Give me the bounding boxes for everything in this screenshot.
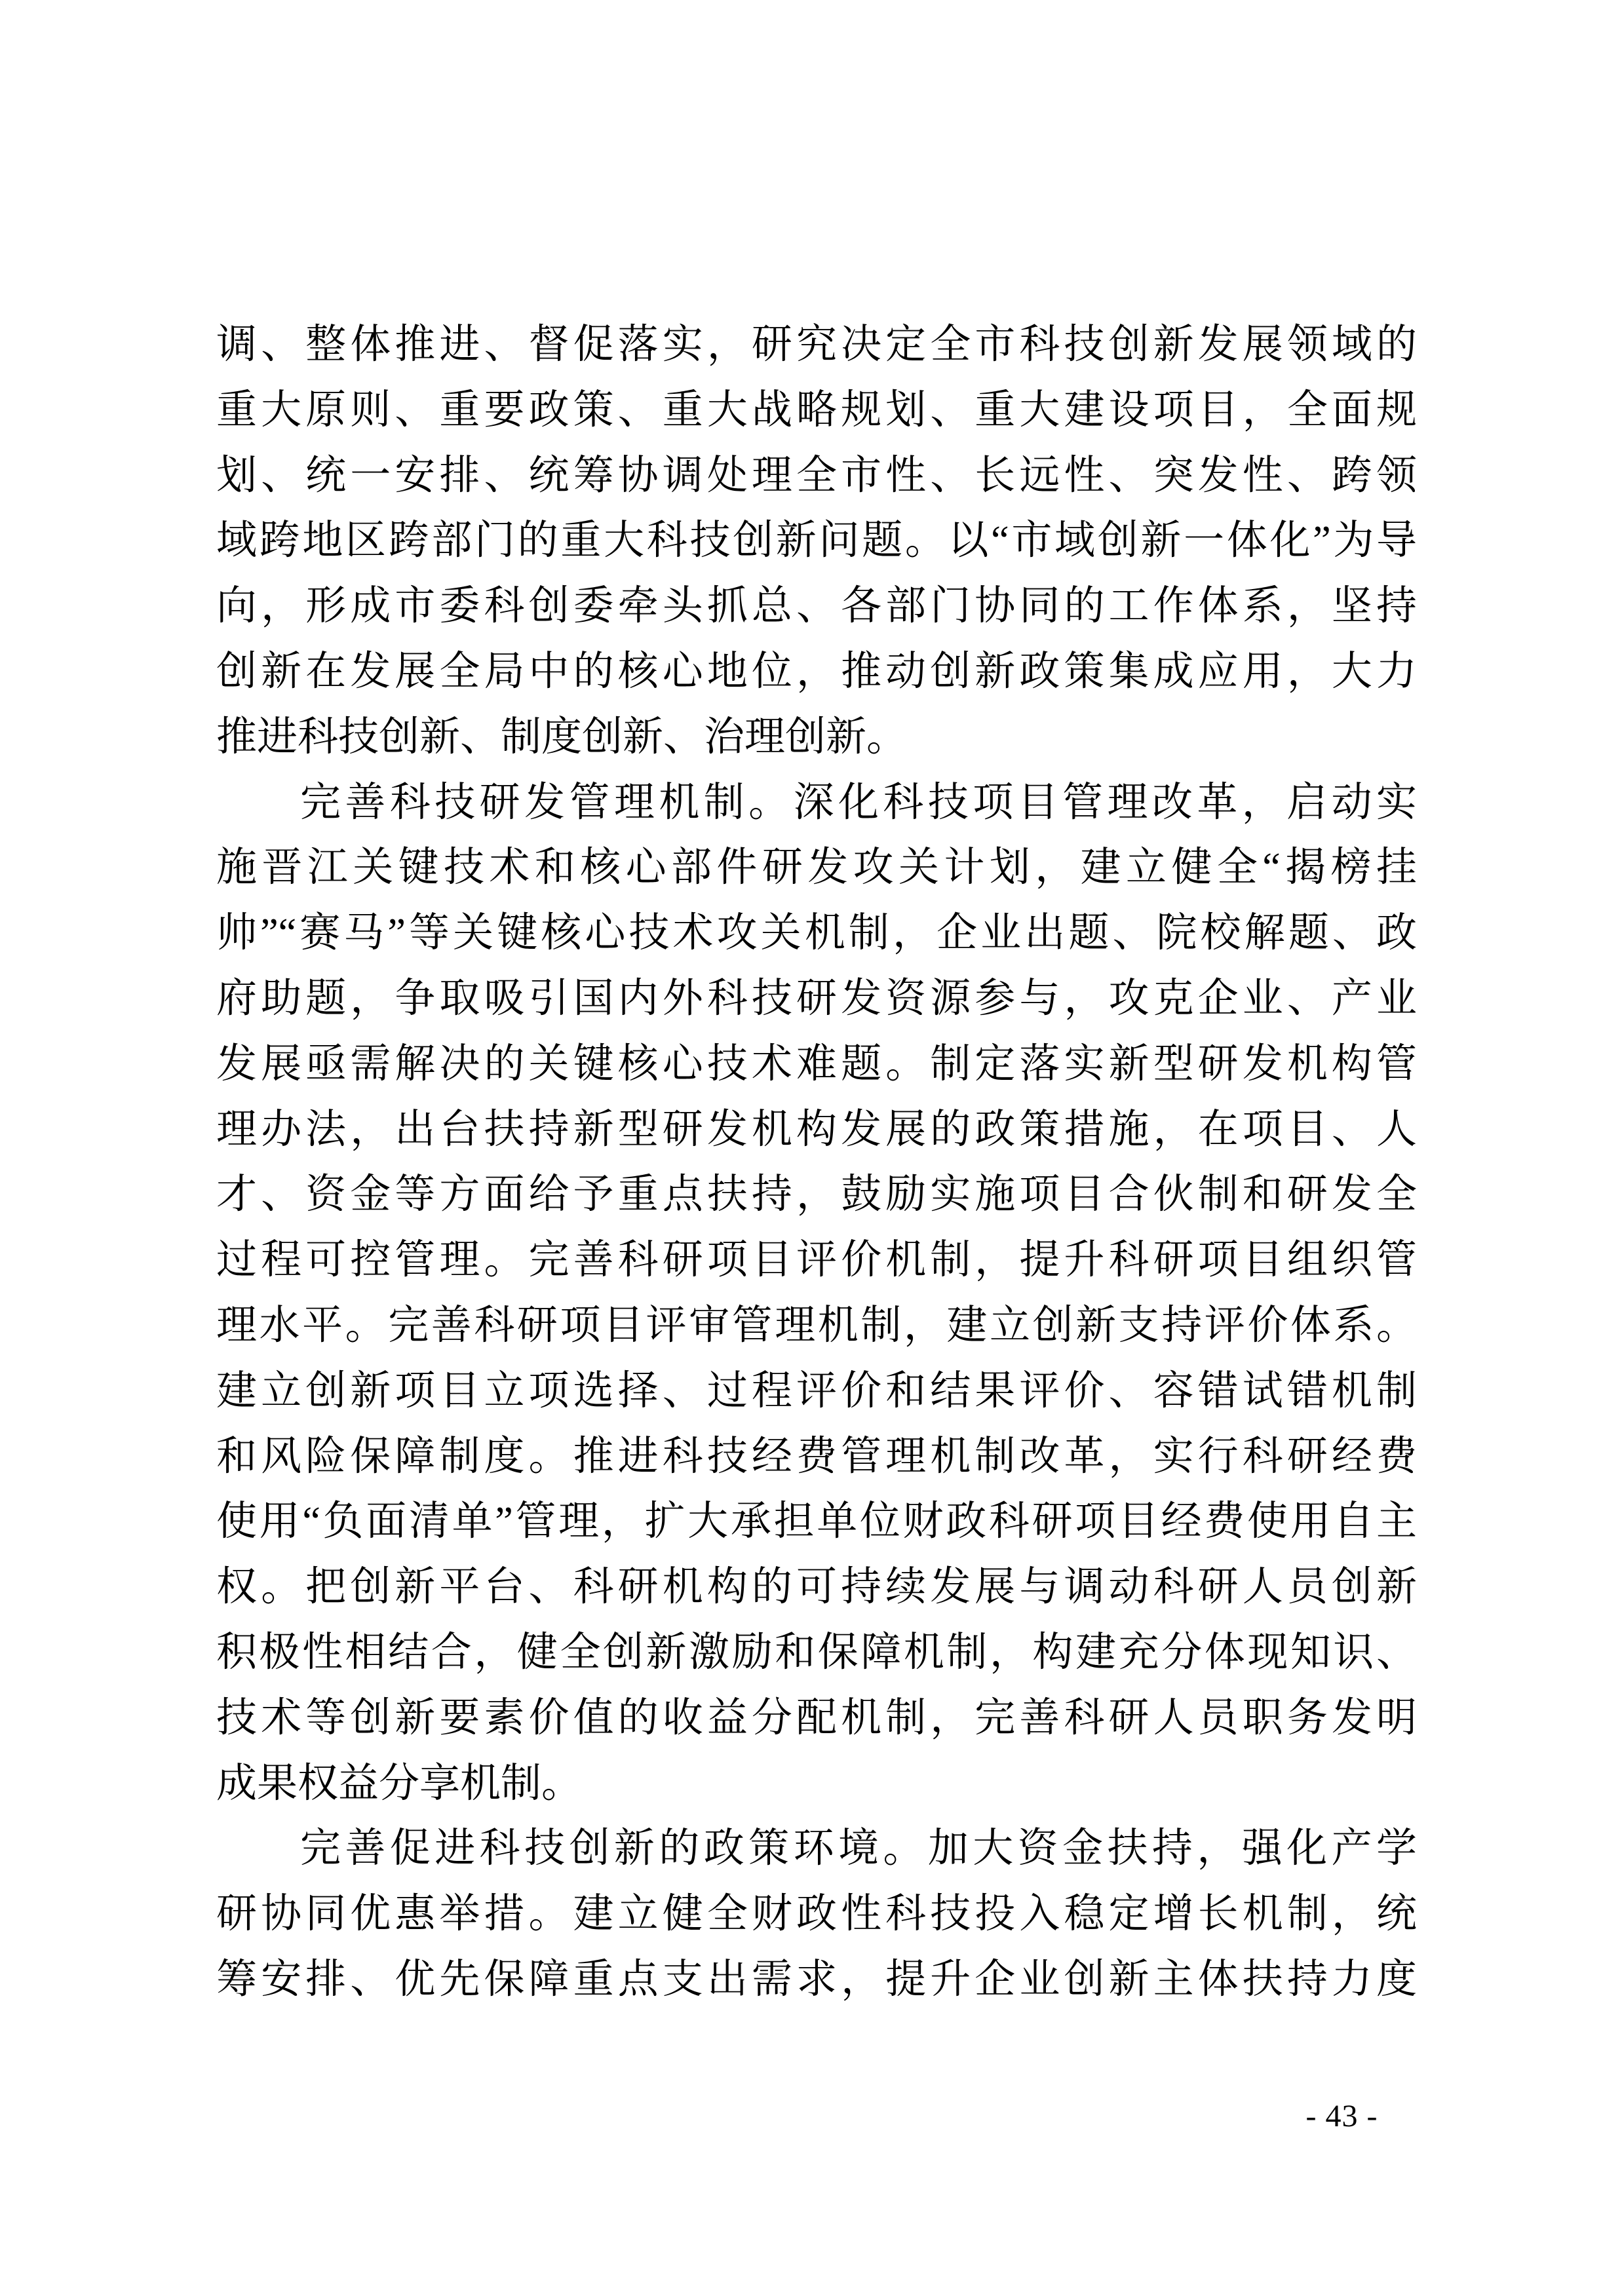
text-line: 推进科技创新、制度创新、治理创新。	[216, 705, 1417, 771]
text-line: 筹安排、优先保障重点支出需求，提升企业创新主体扶持力度	[216, 1947, 1417, 2013]
text-line: 完善科技研发管理机制。深化科技项目管理改革，启动实	[216, 771, 1417, 836]
page-number: - 43 -	[1275, 2097, 1409, 2136]
text-line: 完善促进科技创新的政策环境。加大资金扶持，强化产学	[216, 1816, 1417, 1882]
text-line: 成果权益分享机制。	[216, 1751, 1417, 1817]
document-page: 调、整体推进、督促落实，研究决定全市科技创新发展领域的重大原则、重要政策、重大战…	[0, 0, 1622, 2296]
text-line: 划、统一安排、统筹协调处理全市性、长远性、突发性、跨领	[216, 444, 1417, 509]
text-line: 研协同优惠举措。建立健全财政性科技投入稳定增长机制，统	[216, 1882, 1417, 1947]
text-line: 帅”“赛马”等关键核心技术攻关机制，企业出题、院校解题、政	[216, 901, 1417, 966]
text-line: 权。把创新平台、科研机构的可持续发展与调动科研人员创新	[216, 1555, 1417, 1620]
text-line: 建立创新项目立项选择、过程评价和结果评价、容错试错机制	[216, 1359, 1417, 1425]
text-line: 发展亟需解决的关键核心技术难题。制定落实新型研发机构管	[216, 1032, 1417, 1098]
text-line: 重大原则、重要政策、重大战略规划、重大建设项目，全面规	[216, 378, 1417, 444]
text-line: 创新在发展全局中的核心地位，推动创新政策集成应用，大力	[216, 640, 1417, 705]
text-line: 和风险保障制度。推进科技经费管理机制改革，实行科研经费	[216, 1425, 1417, 1490]
text-line: 理办法，出台扶持新型研发机构发展的政策措施，在项目、人	[216, 1098, 1417, 1163]
text-line: 向，形成市委科创委牵头抓总、各部门协同的工作体系，坚持	[216, 574, 1417, 640]
text-line: 才、资金等方面给予重点扶持，鼓励实施项目合伙制和研发全	[216, 1162, 1417, 1228]
body-text: 调、整体推进、督促落实，研究决定全市科技创新发展领域的重大原则、重要政策、重大战…	[216, 313, 1417, 2013]
text-line: 技术等创新要素价值的收益分配机制，完善科研人员职务发明	[216, 1686, 1417, 1751]
text-line: 理水平。完善科研项目评审管理机制，建立创新支持评价体系。	[216, 1293, 1417, 1359]
text-line: 府助题，争取吸引国内外科技研发资源参与，攻克企业、产业	[216, 966, 1417, 1032]
text-line: 过程可控管理。完善科研项目评价机制，提升科研项目组织管	[216, 1228, 1417, 1293]
text-line: 使用“负面清单”管理，扩大承担单位财政科研项目经费使用自主	[216, 1489, 1417, 1555]
text-line: 积极性相结合，健全创新激励和保障机制，构建充分体现知识、	[216, 1620, 1417, 1686]
text-line: 施晋江关键技术和核心部件研发攻关计划，建立健全“揭榜挂	[216, 835, 1417, 901]
text-line: 域跨地区跨部门的重大科技创新问题。以“市域创新一体化”为导	[216, 508, 1417, 574]
text-line: 调、整体推进、督促落实，研究决定全市科技创新发展领域的	[216, 313, 1417, 378]
